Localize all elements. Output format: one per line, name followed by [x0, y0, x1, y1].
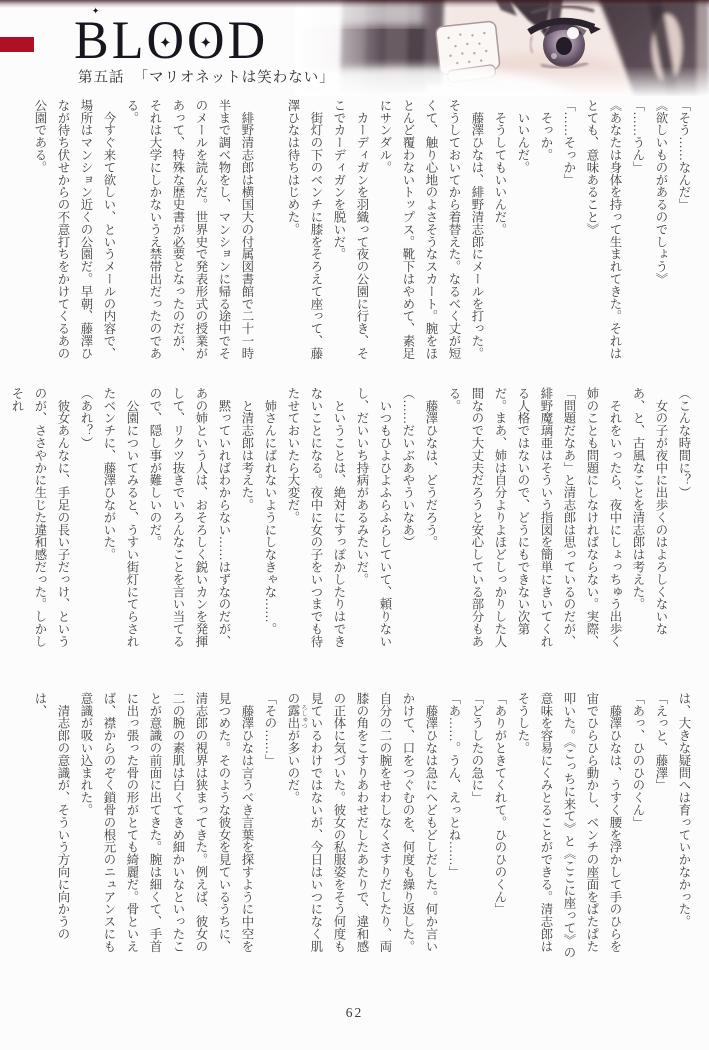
paragraph: 「……うん」	[626, 99, 649, 371]
paragraph: 「……そっか」	[557, 99, 580, 371]
paragraph: （……だいぶあやういなあ）	[396, 387, 419, 659]
blood-logo: B✦ L O✦ O✦ D	[74, 12, 266, 70]
paragraph: 「えっと、藤澤」	[649, 692, 672, 964]
paragraph: ということは、絶対にすっぽかしたりはできないことになる。夜中に女の子をいつまでも…	[281, 387, 350, 659]
logo-letter-o1: O✦	[146, 12, 185, 70]
sparkle-icon: ✦	[92, 8, 101, 17]
paragraph: は、大きな疑問へは育っていかなかった。	[672, 692, 695, 964]
paragraph: 藤澤ひなは急にへどもどしだした。何か言いかけて、口をつぐむのを、何度も繰り返した…	[281, 692, 442, 964]
paragraph: 藤澤ひなは、緋野清志郎にメールを打った。そうしておいてから着替えた。なるべく丈が…	[373, 99, 488, 371]
chapter-heading: 第五話「マリオネットは笑わない」	[78, 66, 335, 87]
paragraph: 黙っていればわからない……はずなのだが、あの姉という人は、おそろしく鋭いカンを発…	[143, 387, 235, 659]
sparkle-icon: ✦	[159, 36, 173, 52]
furigana-ruby: 露出ろしゅつ	[286, 704, 300, 729]
paragraph: 藤澤ひなは、どうだろう。	[419, 387, 442, 659]
paragraph: （こんな時間に？）	[672, 387, 695, 659]
chapter-title: 「マリオネットは笑わない」	[134, 70, 335, 86]
paragraph: それをいったら、夜中にしょっちゅう出歩く姉のことも問題にしなければならない。実際…	[442, 387, 626, 659]
sparkle-icon: ✦	[200, 36, 214, 52]
paragraph: 女の子が夜中に出歩くのはよろしくないなあ、と、古風なことを清志郎は考えた。	[626, 387, 672, 659]
paragraph: いいんだ。	[511, 99, 534, 371]
paragraph: 公園についてみると、うすい街灯にてらされたベンチに、藤澤ひながいた。	[97, 387, 143, 659]
paragraph: 緋野清志郎は横国大の付属図書館で二十一時半まで調べ物をし、マンションに帰る途中で…	[120, 99, 258, 371]
accent-bar	[0, 37, 34, 52]
logo-letter-o2: O✦	[187, 12, 226, 70]
paragraph: 《あなたは身体を持って生まれてきた。それはとても、意味あること》	[580, 99, 626, 371]
text-band-3: は、大きな疑問へは育っていかなかった。 「えっと、藤澤」 「あっ、ひのひのくん」…	[28, 692, 695, 964]
girl-eye-artwork	[295, 0, 709, 96]
paragraph: 街灯の下のベンチに膝をそろえて座って、藤澤ひなは待ちはじめた。	[281, 99, 327, 371]
paragraph: 今すぐ来て欲しい、というメールの内容で、場所はマンション近くの公園だ。早朝、藤澤…	[28, 99, 120, 371]
paragraph: 彼女あんなに、手足の長い子だっけ、というのが、ささやかに生じた違和感だった。しか…	[5, 387, 74, 659]
paragraph: 清志郎の意識が、そういう方向に向かうのは、	[28, 692, 74, 964]
paragraph: 「あ……。うん、えっとね……」	[442, 692, 465, 964]
paragraph: 「そう……なんだ」	[672, 99, 695, 371]
paragraph: そっか。	[534, 99, 557, 371]
logo-letter-d: D	[228, 12, 267, 70]
chapter-number: 第五話	[78, 70, 125, 86]
paragraph: いつもひよひよふらふらしていて、頼りないし、だいいち持病があるみたいだ。	[350, 387, 396, 659]
logo-letter-l: L	[112, 12, 145, 70]
paragraph: と清志郎は考えた。	[235, 387, 258, 659]
paragraph: 藤澤ひなは言うべき言葉を探すように中空を見つめた。そのような彼女を見ているうちに…	[74, 692, 258, 964]
paragraph: そうしてもいいんだ。	[488, 99, 511, 371]
paragraph: 藤澤ひなは、うすく腰を浮かして手のひらを宙でひらひら動かし、ベンチの座面をぱたぱ…	[511, 692, 626, 964]
paragraph: 「その……」	[258, 692, 281, 964]
paragraph: 「あっ、ひのひのくん」	[626, 692, 649, 964]
page-number: 62	[0, 1005, 709, 1021]
paragraph: 「どうしたの急に」	[465, 692, 488, 964]
paragraph: 「ありがときてくれて。ひのひのくん」	[488, 692, 511, 964]
paragraph: （あれ？）	[74, 387, 97, 659]
paragraph: カーディガンを羽織って夜の公園に行き、そこでカーディガンを脱いだ。	[327, 99, 373, 371]
logo-letter-b: B✦	[74, 12, 110, 70]
text-band-2: （こんな時間に？） 女の子が夜中に出歩くのはよろしくないなあ、と、古風なことを清…	[5, 387, 695, 659]
paragraph: 《欲しいものがあるのでしょう》	[649, 99, 672, 371]
text-band-1: 「そう……なんだ」 《欲しいものがあるのでしょう》 「……うん」 《あなたは身体…	[28, 99, 695, 371]
paragraph: 姉さんにばれないようにしなきゃな……。	[258, 387, 281, 659]
